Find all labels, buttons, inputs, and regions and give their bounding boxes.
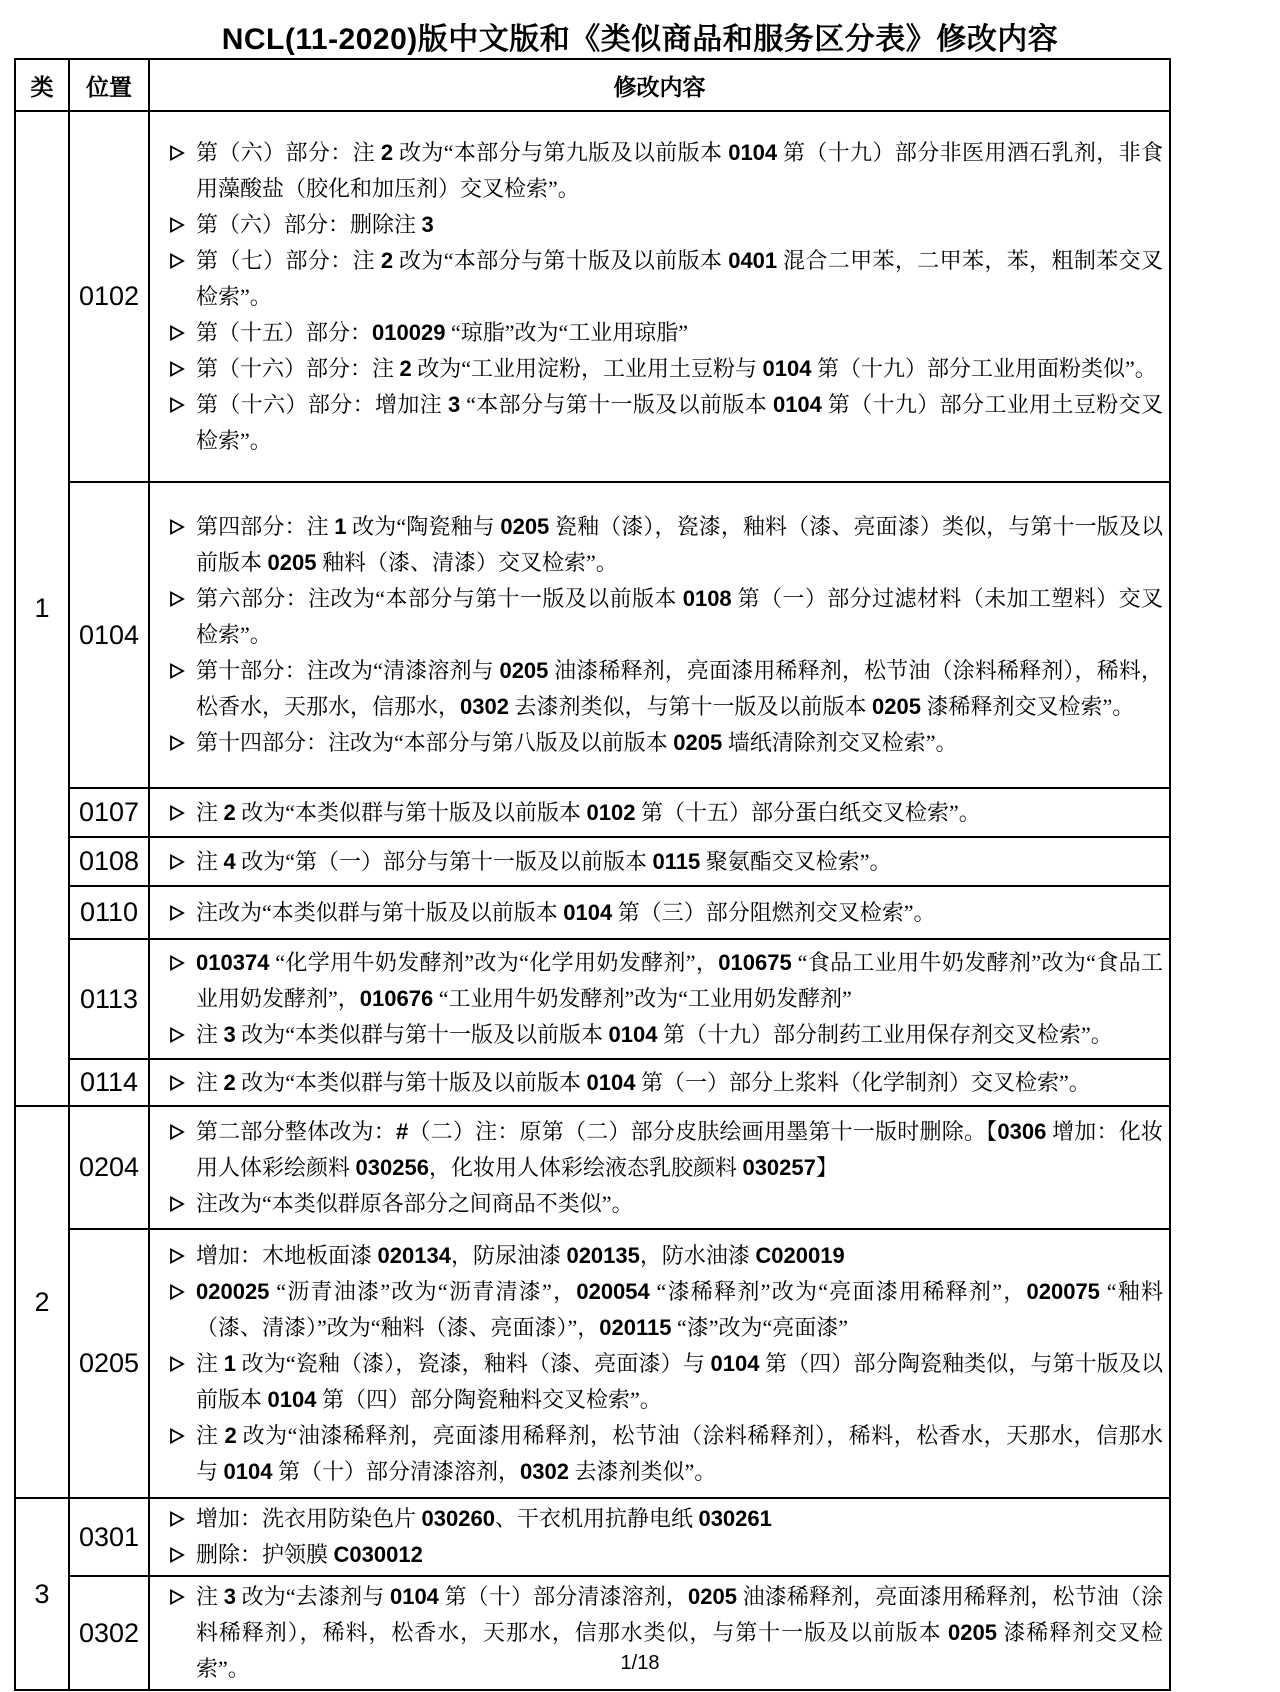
list-item: 第（六）部分：删除注 3 xyxy=(158,207,1163,243)
item-text: 注 4 改为“第（一）部分与第十一版及以前版本 0115 聚氨酯交叉检索”。 xyxy=(196,844,1163,880)
content-cell: 注 4 改为“第（一）部分与第十一版及以前版本 0115 聚氨酯交叉检索”。 xyxy=(149,837,1170,886)
list-item: 第十部分：注改为“清漆溶剂与 0205 油漆稀释剂，亮面漆用稀释剂，松节油（涂料… xyxy=(158,653,1163,725)
item-text: 注 2 改为“本类似群与第十版及以前版本 0104 第（一）部分上浆料（化学制剂… xyxy=(196,1065,1163,1101)
document-title: NCL(11-2020)版中文版和《类似商品和服务区分表》修改内容 xyxy=(0,14,1280,58)
table-row: 0107注 2 改为“本类似群与第十版及以前版本 0102 第（十五）部分蛋白纸… xyxy=(15,788,1170,837)
content-cell: 第四部分：注 1 改为“陶瓷釉与 0205 瓷釉（漆），瓷漆，釉料（漆、亮面漆）… xyxy=(149,482,1170,788)
bullet xyxy=(158,1186,196,1212)
item-text: 注 1 改为“瓷釉（漆），瓷漆，釉料（漆、亮面漆）与 0104 第（四）部分陶瓷… xyxy=(196,1346,1163,1418)
item-text: 第（十五）部分：010029 “琼脂”改为“工业用琼脂” xyxy=(196,315,1163,351)
bullet xyxy=(158,1274,196,1300)
item-text: 注 3 改为“本类似群与第十一版及以前版本 0104 第（十九）部分制药工业用保… xyxy=(196,1017,1163,1053)
item-text: 第六部分：注改为“本部分与第十一版及以前版本 0108 第（一）部分过滤材料（未… xyxy=(196,581,1163,653)
item-text: 第四部分：注 1 改为“陶瓷釉与 0205 瓷釉（漆），瓷漆，釉料（漆、亮面漆）… xyxy=(196,509,1163,581)
document-page: NCL(11-2020)版中文版和《类似商品和服务区分表》修改内容 类 位置 修… xyxy=(0,0,1280,1692)
item-text: 注改为“本类似群与第十版及以前版本 0104 第（三）部分阻燃剂交叉检索”。 xyxy=(196,895,1163,931)
class-cell: 2 xyxy=(15,1106,69,1498)
table-row: 0104第四部分：注 1 改为“陶瓷釉与 0205 瓷釉（漆），瓷漆，釉料（漆、… xyxy=(15,482,1170,788)
bullet-arrowhead-icon xyxy=(169,325,185,341)
bullet-arrowhead-icon xyxy=(169,1284,185,1300)
list-item: 注改为“本类似群与第十版及以前版本 0104 第（三）部分阻燃剂交叉检索”。 xyxy=(158,895,1163,931)
bullet xyxy=(158,135,196,161)
col-header-class: 类 xyxy=(15,59,69,111)
list-item: 020025 “沥青油漆”改为“沥青清漆”，020054 “漆稀释剂”改为“亮面… xyxy=(158,1274,1163,1346)
bullet xyxy=(158,945,196,971)
content-cell: 注 2 改为“本类似群与第十版及以前版本 0102 第（十五）部分蛋白纸交叉检索… xyxy=(149,788,1170,837)
list-item: 第（十五）部分：010029 “琼脂”改为“工业用琼脂” xyxy=(158,315,1163,351)
table-row: 30301增加：洗衣用防染色片 030260、干衣机用抗静电纸 030261删除… xyxy=(15,1498,1170,1576)
list-item: 第（十六）部分：增加注 3 “本部分与第十一版及以前版本 0104 第（十九）部… xyxy=(158,387,1163,459)
col-header-position: 位置 xyxy=(69,59,149,111)
bullet xyxy=(158,243,196,269)
bullet-arrowhead-icon xyxy=(169,805,185,821)
item-text: 第十四部分：注改为“本部分与第八版及以前版本 0205 墙纸清除剂交叉检索”。 xyxy=(196,725,1163,761)
bullet xyxy=(158,1537,196,1563)
changes-table: 类 位置 修改内容 10102第（六）部分：注 2 改为“本部分与第九版及以前版… xyxy=(14,58,1171,1691)
bullet xyxy=(158,315,196,341)
bullet-arrowhead-icon xyxy=(169,1356,185,1372)
item-text: 注 2 改为“油漆稀释剂，亮面漆用稀释剂，松节油（涂料稀释剂），稀料，松香水，天… xyxy=(196,1418,1163,1490)
bullet xyxy=(158,725,196,751)
list-item: 第二部分整体改为：#（二）注：原第（二）部分皮肤绘画用墨第十一版时删除。【030… xyxy=(158,1114,1163,1186)
bullet-arrowhead-icon xyxy=(169,1428,185,1444)
position-cell: 0204 xyxy=(69,1106,149,1229)
bullet xyxy=(158,387,196,413)
content-cell: 010374 “化学用牛奶发酵剂”改为“化学用奶发酵剂”，010675 “食品工… xyxy=(149,939,1170,1059)
bullet-arrowhead-icon xyxy=(169,1075,185,1091)
class-cell: 1 xyxy=(15,111,69,1106)
bullet-arrowhead-icon xyxy=(169,217,185,233)
list-item: 第（七）部分：注 2 改为“本部分与第十版及以前版本 0401 混合二甲苯，二甲… xyxy=(158,243,1163,315)
bullet-arrowhead-icon xyxy=(169,1547,185,1563)
bullet xyxy=(158,1501,196,1527)
bullet xyxy=(158,1579,196,1605)
item-text: 第（六）部分：删除注 3 xyxy=(196,207,1163,243)
table-row: 20204第二部分整体改为：#（二）注：原第（二）部分皮肤绘画用墨第十一版时删除… xyxy=(15,1106,1170,1229)
list-item: 注 3 改为“本类似群与第十一版及以前版本 0104 第（十九）部分制药工业用保… xyxy=(158,1017,1163,1053)
item-text: 注改为“本类似群原各部分之间商品不类似”。 xyxy=(196,1186,1163,1222)
item-text: 删除：护领膜 C030012 xyxy=(196,1537,1163,1573)
bullet xyxy=(158,1346,196,1372)
bullet-arrowhead-icon xyxy=(169,519,185,535)
bullet-arrowhead-icon xyxy=(169,955,185,971)
item-text: 第（七）部分：注 2 改为“本部分与第十版及以前版本 0401 混合二甲苯，二甲… xyxy=(196,243,1163,315)
bullet xyxy=(158,1065,196,1091)
bullet-arrowhead-icon xyxy=(169,1196,185,1212)
bullet xyxy=(158,1017,196,1043)
bullet xyxy=(158,509,196,535)
bullet xyxy=(158,1238,196,1264)
item-text: 第（十六）部分：增加注 3 “本部分与第十一版及以前版本 0104 第（十九）部… xyxy=(196,387,1163,459)
list-item: 删除：护领膜 C030012 xyxy=(158,1537,1163,1573)
header-row: 类 位置 修改内容 xyxy=(15,59,1170,111)
table-row: 0110注改为“本类似群与第十版及以前版本 0104 第（三）部分阻燃剂交叉检索… xyxy=(15,886,1170,939)
bullet xyxy=(158,1114,196,1140)
bullet xyxy=(158,795,196,821)
list-item: 第六部分：注改为“本部分与第十一版及以前版本 0108 第（一）部分过滤材料（未… xyxy=(158,581,1163,653)
item-text: 第（六）部分：注 2 改为“本部分与第九版及以前版本 0104 第（十九）部分非… xyxy=(196,135,1163,207)
list-item: 第四部分：注 1 改为“陶瓷釉与 0205 瓷釉（漆），瓷漆，釉料（漆、亮面漆）… xyxy=(158,509,1163,581)
bullet-arrowhead-icon xyxy=(169,145,185,161)
position-cell: 0107 xyxy=(69,788,149,837)
table-row: 10102第（六）部分：注 2 改为“本部分与第九版及以前版本 0104 第（十… xyxy=(15,111,1170,482)
content-cell: 注改为“本类似群与第十版及以前版本 0104 第（三）部分阻燃剂交叉检索”。 xyxy=(149,886,1170,939)
position-cell: 0114 xyxy=(69,1059,149,1106)
bullet-arrowhead-icon xyxy=(169,1511,185,1527)
bullet xyxy=(158,1418,196,1444)
bullet xyxy=(158,844,196,870)
bullet-arrowhead-icon xyxy=(169,591,185,607)
bullet-arrowhead-icon xyxy=(169,854,185,870)
position-cell: 0108 xyxy=(69,837,149,886)
bullet xyxy=(158,207,196,233)
table-row: 0114注 2 改为“本类似群与第十版及以前版本 0104 第（一）部分上浆料（… xyxy=(15,1059,1170,1106)
list-item: 注 2 改为“本类似群与第十版及以前版本 0102 第（十五）部分蛋白纸交叉检索… xyxy=(158,795,1163,831)
content-cell: 增加：木地板面漆 020134，防尿油漆 020135，防水油漆 C020019… xyxy=(149,1229,1170,1498)
content-cell: 第二部分整体改为：#（二）注：原第（二）部分皮肤绘画用墨第十一版时删除。【030… xyxy=(149,1106,1170,1229)
bullet-arrowhead-icon xyxy=(169,1027,185,1043)
list-item: 增加：木地板面漆 020134，防尿油漆 020135，防水油漆 C020019 xyxy=(158,1238,1163,1274)
item-text: 注 2 改为“本类似群与第十版及以前版本 0102 第（十五）部分蛋白纸交叉检索… xyxy=(196,795,1163,831)
list-item: 增加：洗衣用防染色片 030260、干衣机用抗静电纸 030261 xyxy=(158,1501,1163,1537)
position-cell: 0102 xyxy=(69,111,149,482)
table-row: 0108注 4 改为“第（一）部分与第十一版及以前版本 0115 聚氨酯交叉检索… xyxy=(15,837,1170,886)
bullet-arrowhead-icon xyxy=(169,1248,185,1264)
bullet-arrowhead-icon xyxy=(169,253,185,269)
list-item: 第（六）部分：注 2 改为“本部分与第九版及以前版本 0104 第（十九）部分非… xyxy=(158,135,1163,207)
bullet-arrowhead-icon xyxy=(169,735,185,751)
item-text: 第十部分：注改为“清漆溶剂与 0205 油漆稀释剂，亮面漆用稀释剂，松节油（涂料… xyxy=(196,653,1163,725)
position-cell: 0110 xyxy=(69,886,149,939)
position-cell: 0205 xyxy=(69,1229,149,1498)
list-item: 第十四部分：注改为“本部分与第八版及以前版本 0205 墙纸清除剂交叉检索”。 xyxy=(158,725,1163,761)
bullet xyxy=(158,653,196,679)
list-item: 注改为“本类似群原各部分之间商品不类似”。 xyxy=(158,1186,1163,1222)
position-cell: 0113 xyxy=(69,939,149,1059)
position-cell: 0104 xyxy=(69,482,149,788)
item-text: 增加：木地板面漆 020134，防尿油漆 020135，防水油漆 C020019 xyxy=(196,1238,1163,1274)
item-text: 增加：洗衣用防染色片 030260、干衣机用抗静电纸 030261 xyxy=(196,1501,1163,1537)
content-cell: 增加：洗衣用防染色片 030260、干衣机用抗静电纸 030261删除：护领膜 … xyxy=(149,1498,1170,1576)
bullet-arrowhead-icon xyxy=(169,663,185,679)
bullet-arrowhead-icon xyxy=(169,1589,185,1605)
list-item: 第（十六）部分：注 2 改为“工业用淀粉，工业用土豆粉与 0104 第（十九）部… xyxy=(158,351,1163,387)
item-text: 第（十六）部分：注 2 改为“工业用淀粉，工业用土豆粉与 0104 第（十九）部… xyxy=(196,351,1163,387)
page-number: 1/18 xyxy=(0,1652,1280,1675)
content-cell: 第（六）部分：注 2 改为“本部分与第九版及以前版本 0104 第（十九）部分非… xyxy=(149,111,1170,482)
item-text: 010374 “化学用牛奶发酵剂”改为“化学用奶发酵剂”，010675 “食品工… xyxy=(196,945,1163,1017)
table-body: 10102第（六）部分：注 2 改为“本部分与第九版及以前版本 0104 第（十… xyxy=(15,111,1170,1690)
item-text: 第二部分整体改为：#（二）注：原第（二）部分皮肤绘画用墨第十一版时删除。【030… xyxy=(196,1114,1163,1186)
table-row: 0113010374 “化学用牛奶发酵剂”改为“化学用奶发酵剂”，010675 … xyxy=(15,939,1170,1059)
table-row: 0205增加：木地板面漆 020134，防尿油漆 020135，防水油漆 C02… xyxy=(15,1229,1170,1498)
bullet-arrowhead-icon xyxy=(169,905,185,921)
list-item: 注 4 改为“第（一）部分与第十一版及以前版本 0115 聚氨酯交叉检索”。 xyxy=(158,844,1163,880)
list-item: 注 2 改为“油漆稀释剂，亮面漆用稀释剂，松节油（涂料稀释剂），稀料，松香水，天… xyxy=(158,1418,1163,1490)
list-item: 注 1 改为“瓷釉（漆），瓷漆，釉料（漆、亮面漆）与 0104 第（四）部分陶瓷… xyxy=(158,1346,1163,1418)
bullet xyxy=(158,581,196,607)
bullet xyxy=(158,895,196,921)
col-header-content: 修改内容 xyxy=(149,59,1170,111)
content-cell: 注 2 改为“本类似群与第十版及以前版本 0104 第（一）部分上浆料（化学制剂… xyxy=(149,1059,1170,1106)
bullet-arrowhead-icon xyxy=(169,397,185,413)
item-text: 020025 “沥青油漆”改为“沥青清漆”，020054 “漆稀释剂”改为“亮面… xyxy=(196,1274,1163,1346)
bullet xyxy=(158,351,196,377)
list-item: 注 2 改为“本类似群与第十版及以前版本 0104 第（一）部分上浆料（化学制剂… xyxy=(158,1065,1163,1101)
list-item: 010374 “化学用牛奶发酵剂”改为“化学用奶发酵剂”，010675 “食品工… xyxy=(158,945,1163,1017)
bullet-arrowhead-icon xyxy=(169,1124,185,1140)
bullet-arrowhead-icon xyxy=(169,361,185,377)
position-cell: 0301 xyxy=(69,1498,149,1576)
